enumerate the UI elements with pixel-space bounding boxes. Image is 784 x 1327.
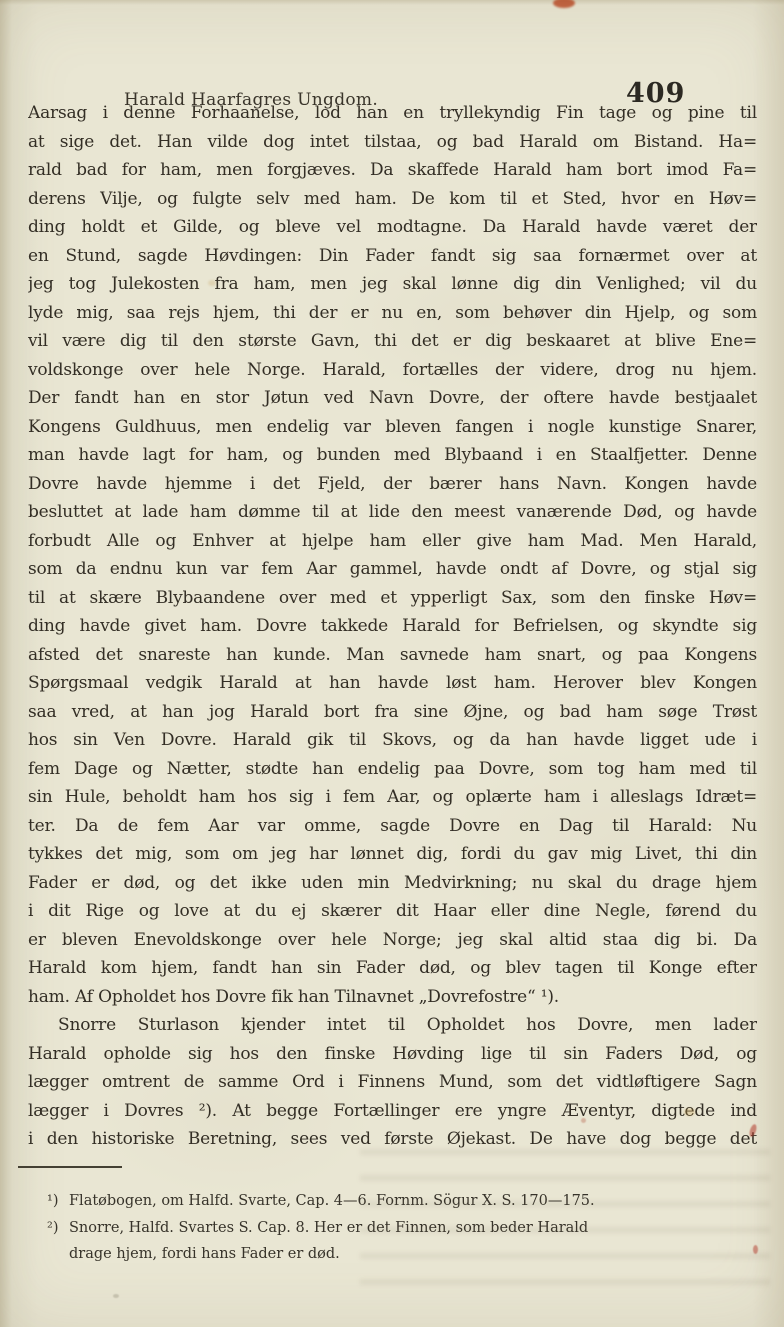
text-line: at sige det. Han vilde dog intet tilstaa… bbox=[28, 128, 757, 157]
footnotes: ¹)Flatøbogen, om Halfd. Svarte, Cap. 4—6… bbox=[47, 1188, 737, 1268]
footnote-text: Snorre, Halfd. Svartes S. Cap. 8. Her er… bbox=[69, 1220, 588, 1236]
scanned-book-page: Harald Haarfagres Ungdom. 409 Aarsag i d… bbox=[0, 0, 784, 1327]
text-line: Aarsag i denne Forhaanelse, lod han en t… bbox=[28, 99, 757, 128]
text-line: Der fandt han en stor Jøtun ved Navn Dov… bbox=[28, 384, 757, 413]
text-line: vil være dig til den største Gavn, thi d… bbox=[28, 327, 757, 356]
text-line: Snorre Sturlason kjender intet til Ophol… bbox=[28, 1011, 757, 1040]
text-line: Kongens Guldhuus, men endelig var bleven… bbox=[28, 413, 757, 442]
stain-speck bbox=[113, 1294, 119, 1298]
stain-orange-top bbox=[553, 0, 575, 8]
text-line: hos sin Ven Dovre. Harald gik til Skovs,… bbox=[28, 726, 757, 755]
footnote-line: ¹)Flatøbogen, om Halfd. Svarte, Cap. 4—6… bbox=[47, 1188, 737, 1215]
text-line: saa vred, at han jog Harald bort fra sin… bbox=[28, 698, 757, 727]
footnote-line: ²)Snorre, Halfd. Svartes S. Cap. 8. Her … bbox=[47, 1215, 737, 1242]
text-line: i den historiske Beretning, sees ved før… bbox=[28, 1125, 757, 1154]
text-line: lyde mig, saa rejs hjem, thi der er nu e… bbox=[28, 299, 757, 328]
text-line: Spørgsmaal vedgik Harald at han havde lø… bbox=[28, 669, 757, 698]
stain-red-right-2 bbox=[753, 1245, 758, 1254]
text-line: rald bad for ham, men forgjæves. Da skaf… bbox=[28, 156, 757, 185]
text-line: ter. Da de fem Aar var omme, sagde Dovre… bbox=[28, 812, 757, 841]
text-line: besluttet at lade ham dømme til at lide … bbox=[28, 498, 757, 527]
footnote-text: drage hjem, fordi hans Fader er død. bbox=[69, 1246, 340, 1262]
footnote-line: drage hjem, fordi hans Fader er død. bbox=[47, 1241, 737, 1268]
text-line: afsted det snareste han kunde. Man savne… bbox=[28, 641, 757, 670]
text-line: en Stund, sagde Høvdingen: Din Fader fan… bbox=[28, 242, 757, 271]
text-line: tykkes det mig, som om jeg har lønnet di… bbox=[28, 840, 757, 869]
text-line: sin Hule, beholdt ham hos sig i fem Aar,… bbox=[28, 783, 757, 812]
body-text: Aarsag i denne Forhaanelse, lod han en t… bbox=[28, 99, 757, 1154]
text-line: lægger omtrent de samme Ord i Finnens Mu… bbox=[28, 1068, 757, 1097]
text-line: Dovre havde hjemme i det Fjeld, der bære… bbox=[28, 470, 757, 499]
text-line: i dit Rige og love at du ej skærer dit H… bbox=[28, 897, 757, 926]
text-line: fem Dage og Nætter, stødte han endelig p… bbox=[28, 755, 757, 784]
text-line: ding holdt et Gilde, og bleve vel modtag… bbox=[28, 213, 757, 242]
text-line: ham. Af Opholdet hos Dovre fik han Tilna… bbox=[28, 983, 757, 1012]
text-line: ding havde givet ham. Dovre takkede Hara… bbox=[28, 612, 757, 641]
text-line: derens Vilje, og fulgte selv med ham. De… bbox=[28, 185, 757, 214]
footnote-marker: ¹) bbox=[47, 1188, 69, 1215]
text-line: lægger i Dovres ²). At begge Fortællinge… bbox=[28, 1097, 757, 1126]
footnote-text: Flatøbogen, om Halfd. Svarte, Cap. 4—6. … bbox=[69, 1193, 595, 1209]
text-line: Harald opholde sig hos den finske Høvdin… bbox=[28, 1040, 757, 1069]
footnote-separator bbox=[18, 1166, 122, 1168]
text-line: man havde lagt for ham, og bunden med Bl… bbox=[28, 441, 757, 470]
text-line: forbudt Alle og Enhver at hjelpe ham ell… bbox=[28, 527, 757, 556]
footnote-marker: ²) bbox=[47, 1215, 69, 1242]
text-line: Fader er død, og det ikke uden min Medvi… bbox=[28, 869, 757, 898]
text-line: voldskonge over hele Norge. Harald, fort… bbox=[28, 356, 757, 385]
text-line: jeg tog Julekosten fra ham, men jeg skal… bbox=[28, 270, 757, 299]
text-line: som da endnu kun var fem Aar gammel, hav… bbox=[28, 555, 757, 584]
text-line: Harald kom hjem, fandt han sin Fader død… bbox=[28, 954, 757, 983]
text-line: er bleven Enevoldskonge over hele Norge;… bbox=[28, 926, 757, 955]
text-line: til at skære Blybaandene over med et ypp… bbox=[28, 584, 757, 613]
